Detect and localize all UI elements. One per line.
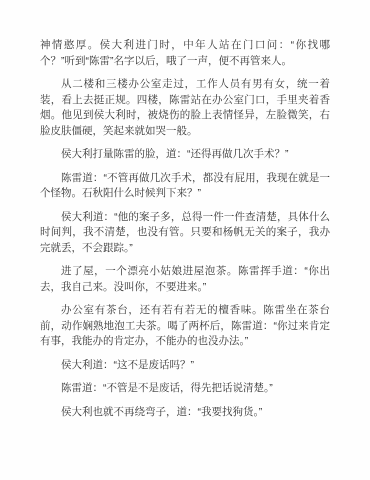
reader-page: 神情憨厚。侯大利进门时，中年人站在门口问：“你找哪个？”听到“陈雷”名字以后，哦… xyxy=(0,0,370,480)
paragraph: 从二楼和三楼办公室走过，工作人员有男有女，统一着装，看上去挺正规。四楼，陈雷站在… xyxy=(40,77,330,139)
paragraph: 侯大利也就不再绕弯子，道：“我要找狗货。” xyxy=(40,405,330,421)
paragraph: 陈雷道：“不管是不是废话，得先把话说清楚。” xyxy=(40,381,330,397)
paragraph: 侯大利道：“这不是废话吗？” xyxy=(40,358,330,374)
paragraph: 陈雷道：“不管再做几次手术，都没有屁用，我现在就是一个怪物。石秋阳什么时候判下来… xyxy=(40,171,330,202)
paragraph: 侯大利道：“他的案子多，总得一件一件查清楚，具体什么时间判，我不清楚，也没有管。… xyxy=(40,210,330,257)
paragraph: 神情憨厚。侯大利进门时，中年人站在门口问：“你找哪个？”听到“陈雷”名字以后，哦… xyxy=(40,38,330,69)
page-text: 神情憨厚。侯大利进门时，中年人站在门口问：“你找哪个？”听到“陈雷”名字以后，哦… xyxy=(40,38,330,420)
paragraph: 侯大利打量陈雷的脸，道：“还得再做几次手术？” xyxy=(40,147,330,163)
paragraph: 进了屋，一个漂亮小姑娘进屋泡茶。陈雷挥手道：“你出去，我自己来。没叫你，不要进来… xyxy=(40,264,330,295)
paragraph: 办公室有茶台，还有若有若无的檀香味。陈雷坐在茶台前，动作娴熟地泡工夫茶。喝了两杯… xyxy=(40,303,330,350)
